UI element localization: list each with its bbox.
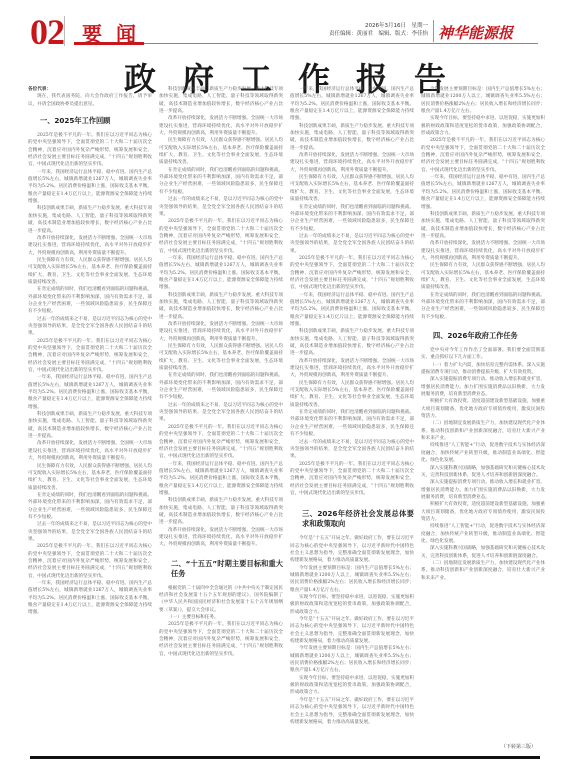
paragraph: 在肯定成绩的同时，我们也清醒看到面临的问题和挑战。外部环境变化带来的不利影响加深… bbox=[28, 286, 152, 315]
paragraph: 深入实施科教兴国战略，加强基础研究和关键核心技术攻关，完善科技创新体系，促进人才… bbox=[421, 545, 545, 560]
paragraph: （二）因地制宜发展新质生产力，加快建设现代化产业体系。推动科技创新和产业创新深度… bbox=[421, 560, 545, 582]
paragraph: 一年来，我国经济运行总体平稳、稳中有进。国内生产总值增长5%左右，城镇新增就业1… bbox=[290, 292, 414, 329]
paragraph: 在肯定成绩的同时，我们也清醒看到面临的问题和挑战。外部环境变化带来的不利影响加深… bbox=[290, 204, 414, 233]
paragraph: （二）因地制宜发展新质生产力，加快建设现代化产业体系。推动科技创新和产业创新深度… bbox=[421, 420, 545, 442]
paragraph: 深入实施提振消费专项行动。推动收入增长和就业扩容，增强居民消费能力。加力扩围实施… bbox=[421, 479, 545, 501]
section-heading: 四、2026年政府工作任务 bbox=[421, 331, 545, 341]
paragraph: 实现今年目标，要坚持稳中求进、以进促稳，实施更加积极的财政政策和适度宽松的货币政… bbox=[290, 594, 414, 616]
paragraph: 实现今年目标，要坚持稳中求进、以进促稳，实施更加积极的财政政策和适度宽松的货币政… bbox=[290, 675, 414, 697]
paragraph: 一年来，我国经济运行总体平稳、稳中有进。国内生产总值增长5%左右，城镇新增就业1… bbox=[421, 174, 545, 211]
paragraph: 实现今年目标，要坚持稳中求进、以进促稳，实施更加积极的财政政策和适度宽松的货币政… bbox=[421, 115, 545, 137]
paragraph: 深入实施提振消费专项行动。推动收入增长和就业扩容，增强居民消费能力。加力扩围实施… bbox=[421, 376, 545, 398]
dateline: 2026年3月16日 星期一 责任编辑：黄丽君 编辑、版式：李佳怡 bbox=[329, 22, 428, 38]
paragraph: 民生保障有力有效，人民群众获得感不断增强。居民人均可支配收入实际增长5%左右，基… bbox=[28, 257, 152, 286]
paragraph: 科技创新成果丰硕，新质生产力稳步发展。重大科技专项加快实施，集成电路、人工智能、… bbox=[159, 497, 283, 526]
paper-logo: 神华能源报 bbox=[438, 22, 513, 43]
paragraph: 改革开放持续深化，发展活力不断增强。全国统一大市场建设扎实推进，营商环境持续优化… bbox=[290, 358, 414, 380]
paragraph: （一）着力扩大内需，加快培育完整内需体系。深入实施提振消费专项行动，推动消费提质… bbox=[421, 362, 545, 377]
paragraph: 一年来，我国经济运行总体平稳、稳中有进。国内生产总值增长5%左右，城镇新增就业1… bbox=[28, 169, 152, 206]
paragraph: 一年来，我国经济运行总体平稳、稳中有进。国内生产总值增长5%左右，城镇新增就业1… bbox=[159, 255, 283, 292]
issue-date: 2026年3月16日 星期一 bbox=[329, 22, 428, 30]
paragraph: 在肯定成绩的同时，我们也清醒看到面临的问题和挑战。外部环境变化带来的不利影响加深… bbox=[159, 372, 283, 401]
section-underline bbox=[74, 42, 144, 45]
paragraph: 科技创新成果丰硕，新质生产力稳步发展。重大科技专项加快实施，集成电路、人工智能、… bbox=[159, 292, 283, 321]
salutation: 各位代表： bbox=[28, 86, 152, 93]
paragraph: 今年发展主要预期目标是：国内生产总值增长5%左右；城镇新增就业1200万人以上，… bbox=[290, 565, 414, 594]
paragraph: 过去一年的成绩来之不易，是以习近平同志为核心的党中央坚强领导的结果，是全党全军全… bbox=[290, 439, 414, 461]
paragraph: 积极扩大有效投资。适度超前建设新型基础设施，加强重大项目谋划储备，优化地方政府专… bbox=[421, 501, 545, 523]
paragraph: 过去一年的成绩来之不易，是以习近平同志为核心的党中央坚强领导的结果，是全党全军全… bbox=[159, 196, 283, 218]
paragraph: 民生保障有力有效，人民群众获得感不断增强。居民人均可支配收入实际增长5%左右，基… bbox=[28, 463, 152, 492]
paragraph: 改革开放持续深化，发展活力不断增强。全国统一大市场建设扎实推进，营商环境持续优化… bbox=[290, 152, 414, 174]
paragraph: 在肯定成绩的同时，我们也清醒看到面临的问题和挑战。外部环境变化带来的不利影响加深… bbox=[159, 167, 283, 196]
paragraph: 过去一年的成绩来之不易，是以习近平同志为核心的党中央坚强领导的结果，是全党全军全… bbox=[159, 402, 283, 424]
paragraph: 根据党的二十届四中全会通过的《中共中央关于制定国民经济和社会发展第十五个五年规划… bbox=[159, 585, 283, 614]
divider bbox=[64, 16, 65, 46]
paragraph: 改革开放持续深化，发展活力不断增强。全国统一大市场建设扎实推进，营商环境持续优化… bbox=[159, 527, 283, 549]
paragraph: 科技创新成果丰硕，新质生产力稳步发展。重大科技专项加快实施，集成电路、人工智能、… bbox=[290, 328, 414, 357]
paragraph: 2025年是极不平凡的一年。我们在以习近平同志为核心的党中央坚强领导下，全面贯彻… bbox=[159, 424, 283, 461]
paragraph: 民生保障有力有效，人民群众获得感不断增强。居民人均可支配收入实际增长5%左右，基… bbox=[290, 174, 414, 203]
paragraph: 过去一年的成绩来之不易，是以习近平同志为核心的党中央坚强领导的结果，是全党全军全… bbox=[28, 316, 152, 338]
paragraph: 今年发展主要预期目标是：国内生产总值增长5%左右；城镇新增就业1200万人以上，… bbox=[290, 645, 414, 674]
paragraph: 2025年是极不平凡的一年。我们在以习近平同志为核心的党中央坚强领导下，全面贯彻… bbox=[159, 621, 283, 658]
paragraph: 改革开放持续深化，发展活力不断增强。全国统一大市场建设扎实推进，营商环境持续优化… bbox=[159, 321, 283, 343]
header-rule bbox=[144, 43, 538, 44]
paragraph: 民生保障有力有效，人民群众获得感不断增强。居民人均可支配收入实际增长5%左右，基… bbox=[421, 262, 545, 291]
paragraph: 过去一年的成绩来之不易，是以习近平同志为核心的党中央坚强领导的结果，是全党全军全… bbox=[290, 233, 414, 255]
paragraph: 持续推进“人工智能+”行动，促进数字技术与实体经济深度融合，加快传统产业转型升级… bbox=[421, 523, 545, 545]
paragraph: 在肯定成绩的同时，我们也清醒看到面临的问题和挑战。外部环境变化带来的不利影响加深… bbox=[28, 492, 152, 521]
paragraph: 一年来，我国经济运行总体平稳、稳中有进。国内生产总值增长5%左右，城镇新增就业1… bbox=[159, 461, 283, 498]
paragraph: 2025年是极不平凡的一年。我们在以习近平同志为核心的党中央坚强领导下，全面贯彻… bbox=[28, 543, 152, 580]
paragraph: 科技创新成果丰硕，新质生产力稳步发展。重大科技专项加快实施，集成电路、人工智能、… bbox=[159, 86, 283, 115]
section-heading: 二、“十五五”时期主要目标和重大任务 bbox=[159, 559, 283, 579]
paragraph: 民生保障有力有效，人民群众获得感不断增强。居民人均可支配收入实际增长5%左右，基… bbox=[290, 380, 414, 409]
subsection-heading: （一）主要目标和任务。 bbox=[159, 614, 283, 621]
paragraph: 在肯定成绩的同时，我们也清醒看到面临的问题和挑战。外部环境变化带来的不利影响加深… bbox=[421, 292, 545, 321]
editor-credits: 责任编辑：黄丽君 编辑、版式：李佳怡 bbox=[329, 30, 428, 38]
paragraph: 民生保障有力有效，人民群众获得感不断增强。居民人均可支配收入实际增长5%左右，基… bbox=[159, 343, 283, 372]
paragraph: 民生保障有力有效，人民群众获得感不断增强。居民人均可支配收入实际增长5%左右，基… bbox=[159, 137, 283, 166]
paragraph: 一年来，我国经济运行总体平稳、稳中有进。国内生产总值增长5%左右，城镇新增就业1… bbox=[290, 86, 414, 123]
paragraph: 2025年是极不平凡的一年。我们在以习近平同志为核心的党中央坚强领导下，全面贯彻… bbox=[159, 218, 283, 255]
intro-paragraph: 现在，我代表国务院，向大会作政府工作报告，请予审议，并请全国政协委员提出意见。 bbox=[28, 93, 152, 108]
paragraph: 在肯定成绩的同时，我们也清醒看到面临的问题和挑战。外部环境变化带来的不利影响加深… bbox=[290, 409, 414, 438]
paragraph: 今年是“十五五”开局之年。做好政府工作，要在以习近平同志为核心的党中央坚强领导下… bbox=[290, 697, 414, 726]
divider bbox=[433, 20, 434, 42]
paragraph: 持续推进“人工智能+”行动，促进数字技术与实体经济深度融合，加快传统产业转型升级… bbox=[421, 442, 545, 464]
masthead: 02 要闻 2026年3月16日 星期一 责任编辑：黄丽君 编辑、版式：李佳怡 … bbox=[0, 0, 570, 48]
paragraph: 2025年是极不平凡的一年。我们在以习近平同志为核心的党中央坚强领导下，全面贯彻… bbox=[28, 338, 152, 375]
paragraph: 科技创新成果丰硕，新质生产力稳步发展。重大科技专项加快实施，集成电路、人工智能、… bbox=[421, 211, 545, 240]
paragraph: 今年发展主要预期目标是：国内生产总值增长5%左右；城镇新增就业1200万人以上，… bbox=[421, 86, 545, 115]
paragraph: 今年是“十五五”开局之年。做好政府工作，要在以习近平同志为核心的党中央坚强领导下… bbox=[290, 535, 414, 564]
paragraph: 改革开放持续深化，发展活力不断增强。全国统一大市场建设扎实推进，营商环境持续优化… bbox=[28, 440, 152, 462]
column-1: 各位代表： 现在，我代表国务院，向大会作政府工作报告，请予审议，并请全国政协委员… bbox=[28, 86, 152, 752]
bottom-rule bbox=[30, 756, 540, 759]
paragraph: 深入实施科教兴国战略，加强基础研究和关键核心技术攻关，完善科技创新体系，促进人才… bbox=[421, 465, 545, 480]
column-3: 一年来，我国经济运行总体平稳、稳中有进。国内生产总值增长5%左右，城镇新增就业1… bbox=[290, 86, 414, 752]
paragraph: 2025年是极不平凡的一年。我们在以习近平同志为核心的党中央坚强领导下，全面贯彻… bbox=[421, 137, 545, 174]
column-2: 科技创新成果丰硕，新质生产力稳步发展。重大科技专项加快实施，集成电路、人工智能、… bbox=[159, 86, 283, 752]
section-heading: 三、2026年经济社会发展总体要求和政策取向 bbox=[290, 509, 414, 529]
paragraph: 科技创新成果丰硕，新质生产力稳步发展。重大科技专项加快实施，集成电路、人工智能、… bbox=[28, 411, 152, 440]
paragraph: 党中央对今年工作作出了全面部署。我们要全面贯彻落实，重点抓好以下几方面工作。 bbox=[421, 347, 545, 362]
column-4: 今年发展主要预期目标是：国内生产总值增长5%左右；城镇新增就业1200万人以上，… bbox=[421, 86, 545, 752]
paragraph: 改革开放持续深化，发展活力不断增强。全国统一大市场建设扎实推进，营商环境持续优化… bbox=[159, 115, 283, 137]
paragraph: 一年来，我国经济运行总体平稳、稳中有进。国内生产总值增长5%左右，城镇新增就业1… bbox=[28, 374, 152, 411]
paragraph: 一年来，我国经济运行总体平稳、稳中有进。国内生产总值增长5%左右，城镇新增就业1… bbox=[28, 580, 152, 617]
continued-note: （下转第三版） bbox=[501, 743, 536, 750]
page-number: 02 bbox=[30, 14, 64, 50]
paragraph: 过去一年的成绩来之不易，是以习近平同志为核心的党中央坚强领导的结果，是全党全军全… bbox=[28, 521, 152, 543]
paragraph: 改革开放持续深化，发展活力不断增强。全国统一大市场建设扎实推进，营商环境持续优化… bbox=[421, 240, 545, 262]
article-body: 各位代表： 现在，我代表国务院，向大会作政府工作报告，请予审议，并请全国政协委员… bbox=[28, 86, 546, 752]
paragraph: 今年是“十五五”开局之年。做好政府工作，要在以习近平同志为核心的党中央坚强领导下… bbox=[290, 616, 414, 645]
paragraph: 2025年是极不平凡的一年。我们在以习近平同志为核心的党中央坚强领导下，全面贯彻… bbox=[290, 255, 414, 292]
paragraph: 改革开放持续深化，发展活力不断增强。全国统一大市场建设扎实推进，营商环境持续优化… bbox=[28, 235, 152, 257]
paragraph: 2025年是极不平凡的一年。我们在以习近平同志为核心的党中央坚强领导下，全面贯彻… bbox=[290, 461, 414, 498]
section-heading: 一、2025年工作回顾 bbox=[28, 116, 152, 126]
paragraph: 科技创新成果丰硕，新质生产力稳步发展。重大科技专项加快实施，集成电路、人工智能、… bbox=[290, 123, 414, 152]
paragraph: 积极扩大有效投资。适度超前建设新型基础设施，加强重大项目谋划储备，优化地方政府专… bbox=[421, 398, 545, 420]
paragraph: 2025年是极不平凡的一年。我们在以习近平同志为核心的党中央坚强领导下，全面贯彻… bbox=[28, 132, 152, 169]
paragraph: 科技创新成果丰硕，新质生产力稳步发展。重大科技专项加快实施，集成电路、人工智能、… bbox=[28, 205, 152, 234]
